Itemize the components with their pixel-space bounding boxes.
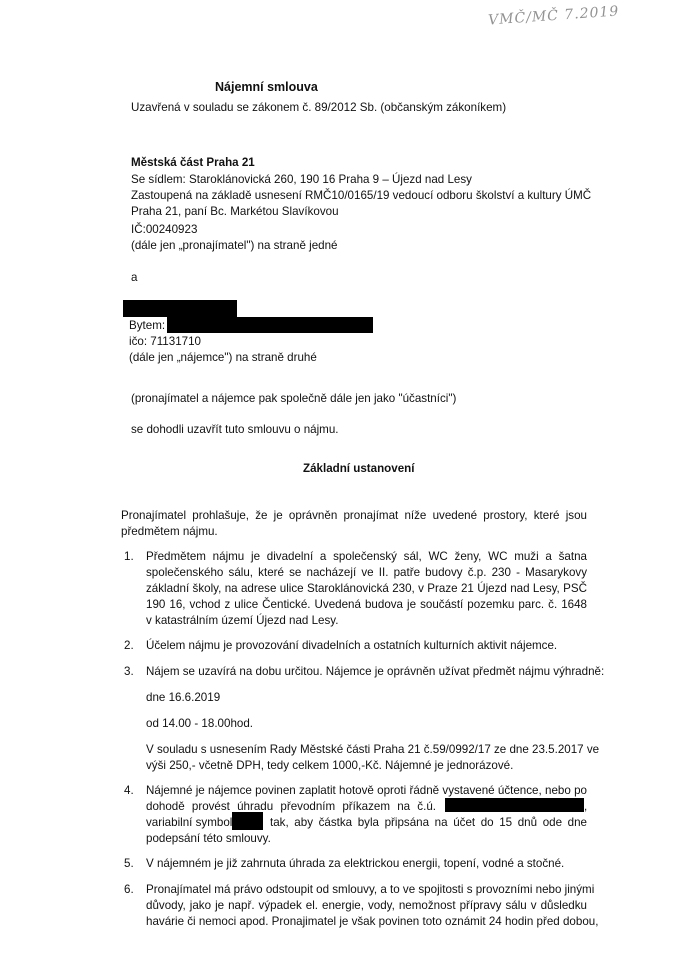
tenant-address-label: Bytem: [129,319,165,332]
landlord-seat: Se sídlem: Staroklánovická 260, 190 16 P… [131,173,472,186]
tenant-ico: ičo: 71131710 [129,335,201,348]
clause-1-line-3: základní školy, na adrese ulice Staroklá… [146,582,587,595]
clause-1-line-5: v katastrálním území Újezd nad Lesy. [146,614,338,627]
landlord-ic: IČ:00240923 [131,223,197,236]
clause-2-number: 2. [124,639,134,652]
clause-3-date: dne 16.6.2019 [146,691,220,704]
clause-5-line-1: V nájemném je již zahrnuta úhrada za ele… [146,857,564,870]
clause-4-number: 4. [124,784,134,797]
clause-3-time: od 14.00 - 18.00hod. [146,717,253,730]
agreement-text: se dohodli uzavřít tuto smlouvu o nájmu. [131,423,339,436]
redacted-account-number [445,798,584,812]
redacted-variable-symbol [232,812,263,830]
landlord-name: Městská část Praha 21 [131,156,255,169]
landlord-represented-2: Praha 21, paní Bc. Markétou Slavíkovou [131,205,339,218]
clause-4-line-1: Nájemné je nájemce povinen zaplatit hoto… [146,784,587,797]
document-title: Nájemní smlouva [215,80,318,94]
document-subtitle: Uzavřená v souladu se zákonem č. 89/2012… [131,101,506,114]
clause-4-line-3-label: variabilní symbol [146,816,232,829]
clause-1-line-4: 190 16, vchod z ulice Čentické. Uvedená … [146,598,587,611]
clause-1-number: 1. [124,550,134,563]
landlord-represented-1: Zastoupená na základě usnesení RMČ10/016… [131,189,591,202]
clause-3-price-line-2: výši 250,- včetně DPH, tedy celkem 1000,… [146,759,513,772]
clause-4-line-2-comma: , [584,800,587,813]
intro-line-2: předmětem nájmu. [121,525,218,538]
redacted-tenant-name [123,300,237,317]
clause-3-line-1: Nájem se uzavírá na dobu určitou. Nájemc… [146,665,604,678]
clause-3-price-line-1: V souladu s usnesením Rady Městské části… [146,743,587,756]
clause-2-line-1: Účelem nájmu je provozování divadelních … [146,639,557,652]
clause-1-line-2: společenského sálu, které se nacházejí v… [146,566,587,579]
clause-6-line-1: Pronajímatel má právo odstoupit od smlou… [146,883,587,896]
redacted-tenant-address [167,317,373,333]
clause-4-line-3-text: tak, aby částka byla připsána na účet do… [270,816,587,829]
clause-5-number: 5. [124,857,134,870]
intro-line-1: Pronajímatel prohlašuje, že je oprávněn … [121,509,587,522]
clause-3-number: 3. [124,665,134,678]
section-title: Základní ustanovení [303,462,414,475]
parties-note: (pronajímatel a nájemce pak společně dál… [131,392,456,405]
clause-4-line-4: podepsání této smlouvy. [146,832,271,845]
clause-6-line-3: havárie či nemoci apod. Pronajimatel je … [146,915,587,928]
clause-6-line-2: důvody, jako je např. výpadek el. energi… [146,899,587,912]
clause-1-line-1: Předmětem nájmu je divadelní a společens… [146,550,587,563]
clause-4-line-2: dohodě provést úhradu převodním příkazem… [146,800,436,813]
handwritten-annotation: VMČ/MČ 7.2019 [488,3,620,28]
tenant-role: (dále jen „nájemce") na straně druhé [129,351,317,364]
connector-text: a [131,271,137,284]
landlord-role: (dále jen „pronajímatel") na straně jedn… [131,239,337,252]
clause-6-number: 6. [124,883,134,896]
